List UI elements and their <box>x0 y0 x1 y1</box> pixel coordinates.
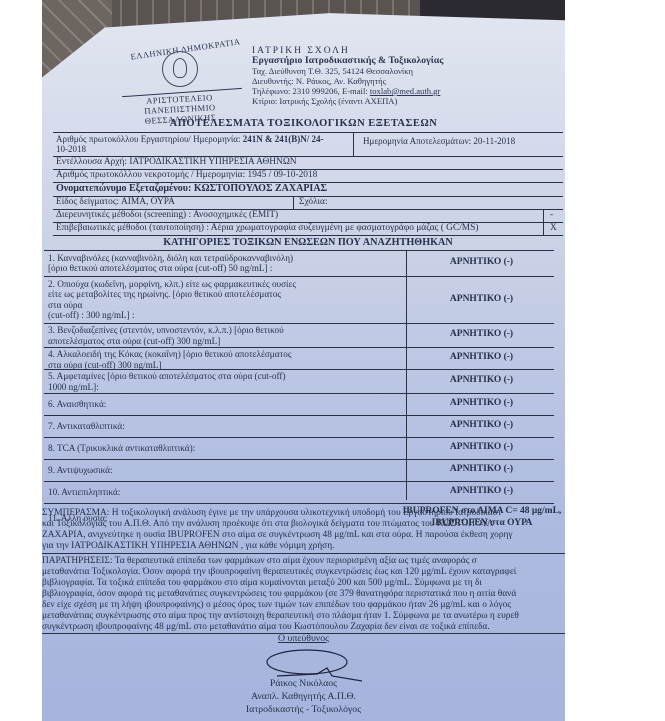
result-category: 5. Αμφεταμίνες [όριο θετικού αποτελέσματ… <box>48 371 286 392</box>
results-table: 1. Κανναβινόλες (κανναβινόλη, διόλη και … <box>44 250 554 510</box>
result-category-line: στα ούρα <box>48 300 296 311</box>
remarks-line: συγκέντρωση ιβουπροφαίνης 48 μg/mL στο μ… <box>42 622 567 633</box>
result-category-line: [όριο θετικού αποτελέσματος στα ούρα (cu… <box>48 263 293 274</box>
screening-mark: - <box>550 210 553 220</box>
signature-name: Ράικος Νικόλαος <box>42 678 565 690</box>
results-row-border <box>44 323 554 324</box>
results-row-border <box>44 437 554 438</box>
conclusion-line: ΣΥΜΠΕΡΑΣΜΑ: Η τοξικολογική ανάλυση έγινε… <box>42 508 567 519</box>
address: Ταχ. Διεύθυνση Τ.Θ. 325, 54124 Θεσσαλονί… <box>252 66 443 76</box>
phone: Τηλέφωνο: 2310 999206, E-mail: <box>252 86 370 96</box>
results-row-border <box>44 276 554 277</box>
protocol-value-cont: 10-2018 <box>56 144 86 154</box>
info-divider <box>353 132 354 156</box>
screening-method: Διερευνητικές μέθοδοι (screening) : Ανοσ… <box>56 210 278 220</box>
result-category-line: 5. Αμφεταμίνες [όριο θετικού αποτελέσματ… <box>48 371 286 382</box>
results-row-border <box>44 415 554 416</box>
result-value: ΑΡΝΗΤΙΚΟ (-) <box>409 352 554 362</box>
examinee-name: ΚΩΣΤΟΠΟΥΛΟΣ ΖΑΧΑΡΙΑΣ <box>194 183 327 194</box>
result-category-line: 1. Κανναβινόλες (κανναβινόλη, διόλη και … <box>48 253 293 264</box>
protocol-label: Αριθμός πρωτοκόλλου Εργαστηρίου/ Ημερομη… <box>56 134 243 144</box>
result-category-line: (cut-off) : 300 ng/mL] : <box>48 310 296 321</box>
result-category-line: 7. Αντικαταθλιπτικά: <box>48 421 125 432</box>
examinee: Ονοματεπώνυμο Εξεταζομένου: ΚΩΣΤΟΠΟΥΛΟΣ … <box>56 183 327 194</box>
autopsy-protocol: Αριθμός πρωτοκόλλου νεκροτομής / Ημερομη… <box>56 170 317 180</box>
remarks-line: μεταθανάτια Τοξικολογία. Όσον αφορά την … <box>42 567 567 578</box>
remarks-line: βιβλιογραφία, όσον αφορά τις μεταθανάτιε… <box>42 589 567 600</box>
result-category-line: αποτελέσματος στα ούρα (cut-off) 300 ng/… <box>48 336 284 347</box>
result-value: ΑΡΝΗΤΙΚΟ (-) <box>409 257 554 267</box>
requesting-authority-value: ΙΑΤΡΟΔΙΚΑΣΤΙΚΗ ΥΠΗΡΕΣΙΑ ΑΘΗΝΩΝ <box>129 157 296 167</box>
contact: Τηλέφωνο: 2310 999206, E-mail: toxlab@me… <box>252 86 443 96</box>
signature-role: Ο υπεύθυνος <box>42 633 565 645</box>
conclusion: ΣΥΜΠΕΡΑΣΜΑ: Η τοξικολογική ανάλυση έγινε… <box>42 508 567 552</box>
result-value: ΑΡΝΗΤΙΚΟ (-) <box>409 464 554 474</box>
signature-specialty: Ιατροδικαστής - Τοξικολόγος <box>42 704 565 716</box>
result-value: ΑΡΝΗΤΙΚΟ (-) <box>409 420 554 430</box>
results-row-border <box>44 347 554 348</box>
categories-header: ΚΑΤΗΓΟΡΙΕΣ ΤΟΞΙΚΩΝ ΕΝΩΣΕΩΝ ΠΟΥ ΑΝΑΖΗΤΗΘΗ… <box>53 237 563 248</box>
result-category: 8. TCA (Τρικυκλικά αντικαταθλιπτικά): <box>48 443 195 454</box>
result-value: ΑΡΝΗΤΙΚΟ (-) <box>409 442 554 452</box>
signature-title: Αναπλ. Καθηγητής Α.Π.Θ. <box>42 691 565 703</box>
result-category-line: 10. Αντιεπιληπτικά: <box>48 487 120 498</box>
letterhead: ΙΑΤΡΙΚΗ ΣΧΟΛΗ Εργαστήριο Ιατροδικαστικής… <box>252 46 443 106</box>
result-category-line: 3. Βενζοδιαζεπίνες (στεντόν, υπνοστεντόν… <box>48 325 284 336</box>
results-row-border <box>44 250 554 251</box>
requesting-authority-label: Εντέλλουσα Αρχή: <box>56 157 129 167</box>
comments-label: Σχόλια: <box>299 197 328 207</box>
results-row-border <box>44 369 554 370</box>
result-category-line: 8. TCA (Τρικυκλικά αντικαταθλιπτικά): <box>48 443 195 454</box>
email-link[interactable]: toxlab@med.auth.gr <box>370 86 440 96</box>
lab-name: Εργαστήριο Ιατροδικαστικής & Τοξικολογία… <box>252 56 443 66</box>
protocol-field: Αριθμός πρωτοκόλλου Εργαστηρίου/ Ημερομη… <box>56 134 324 144</box>
remarks-line: δεν είχε σχέση με τη λήψη ιβουπροφαίνης)… <box>42 600 567 611</box>
results-date: Ημερομηνία Αποτελεσμάτων: 20-11-2018 <box>363 136 515 146</box>
result-category: 7. Αντικαταθλιπτικά: <box>48 421 125 432</box>
result-value: ΑΡΝΗΤΙΚΟ (-) <box>409 329 554 339</box>
result-category-line: 6. Αναισθητικά: <box>48 399 106 410</box>
results-row-border <box>44 393 554 394</box>
result-category: 10. Αντιεπιληπτικά: <box>48 487 120 498</box>
result-value: ΑΡΝΗΤΙΚΟ (-) <box>409 294 554 304</box>
signature-role-text: Ο υπεύθυνος <box>278 633 329 644</box>
sample-type: Είδος δείγματος: ΑΙΜΑ, ΟΥΡΑ <box>56 197 175 207</box>
result-category: 4. Αλκαλοειδή της Κόκας (κοκαΐνη) [όριο … <box>48 349 291 370</box>
result-category-line: 2. Οπιούχα (κωδεΐνη, μορφίνη, κλπ.) είτε… <box>48 279 296 290</box>
info-row-border <box>53 235 563 236</box>
results-row-border <box>44 503 554 504</box>
result-category: 2. Οπιούχα (κωδεΐνη, μορφίνη, κλπ.) είτε… <box>48 279 296 321</box>
result-category-line: 9. Αντιψυχωσικά: <box>48 465 113 476</box>
info-divider <box>293 196 294 209</box>
document-page: ΕΛΛΗΝΙΚΗ ΔΗΜΟΚΡΑΤΙΑ ΑΡΙΣΤΟΤΕΛΕΙΟ ΠΑΝΕΠΙΣ… <box>42 6 565 721</box>
result-value: ΑΡΝΗΤΙΚΟ (-) <box>409 375 554 385</box>
remarks-line: μεταθανάτιας συγκέντρωσης στο αίμα προς … <box>42 611 567 622</box>
remarks: ΠΑΡΑΤΗΡΗΣΕΙΣ: Τα θεραπευτικά επίπεδα των… <box>42 556 567 633</box>
conclusion-line: για την ΙΑΤΡΟΔΙΚΑΣΤΙΚΗ ΥΠΗΡΕΣΙΑ ΑΘΗΝΩΝ ,… <box>42 541 567 552</box>
protocol-value: 241Ν & 241(Β)Ν/ 24- <box>243 134 324 144</box>
result-category: 1. Κανναβινόλες (κανναβινόλη, διόλη και … <box>48 253 293 274</box>
building: Κτίριο: Ιατρικής Σχολής (έναντι ΑΧΕΠΑ) <box>252 96 443 106</box>
result-category: 3. Βενζοδιαζεπίνες (στεντόν, υπνοστεντόν… <box>48 325 284 346</box>
section-divider <box>42 553 565 554</box>
remarks-line: ΠΑΡΑΤΗΡΗΣΕΙΣ: Τα θεραπευτικά επίπεδα των… <box>42 556 567 567</box>
result-category: 6. Αναισθητικά: <box>48 399 106 410</box>
results-row-border <box>44 459 554 460</box>
result-category-line: είτε ως μεταβολίτες της ηρωίνης. [όριο θ… <box>48 289 296 300</box>
requesting-authority: Εντέλλουσα Αρχή: ΙΑΤΡΟΔΙΚΑΣΤΙΚΗ ΥΠΗΡΕΣΙΑ… <box>56 157 297 167</box>
result-value: ΑΡΝΗΤΙΚΟ (-) <box>409 398 554 408</box>
examinee-label: Ονοματεπώνυμο Εξεταζομένου: <box>56 183 194 194</box>
result-category-line: 4. Αλκαλοειδή της Κόκας (κοκαΐνη) [όριο … <box>48 349 291 360</box>
results-row-border <box>44 481 554 482</box>
results-divider <box>406 250 407 500</box>
director: Διευθυντής: Ν. Ράικος, Αν. Καθηγητής <box>252 76 443 86</box>
result-value: ΑΡΝΗΤΙΚΟ (-) <box>409 486 554 496</box>
confirmation-method: Επιβεβαιωτικές μέθοδοι (ταυτοποίηση) : Α… <box>56 223 478 233</box>
document-title: ΑΠΟΤΕΛΕΣΜΑΤΑ ΤΟΞΙΚΟΛΟΓΙΚΩΝ ΕΞΕΤΑΣΕΩΝ <box>42 118 565 129</box>
result-category: 9. Αντιψυχωσικά: <box>48 465 113 476</box>
confirmation-mark: Χ <box>550 223 557 233</box>
conclusion-line: και Τοξικολογίας του Α.Π.Θ. Από την ανάλ… <box>42 519 567 530</box>
conclusion-line: ΖΑΧΑΡΙΑ, ανιχνεύτηκε η ουσία IBUPROFEN σ… <box>42 530 567 541</box>
result-category-line: 1000 ng/mL]: <box>48 382 286 393</box>
remarks-line: βιβλιογραφία. Τα τοξικά επίπεδα του φαρμ… <box>42 578 567 589</box>
university-crest-icon <box>162 51 198 87</box>
